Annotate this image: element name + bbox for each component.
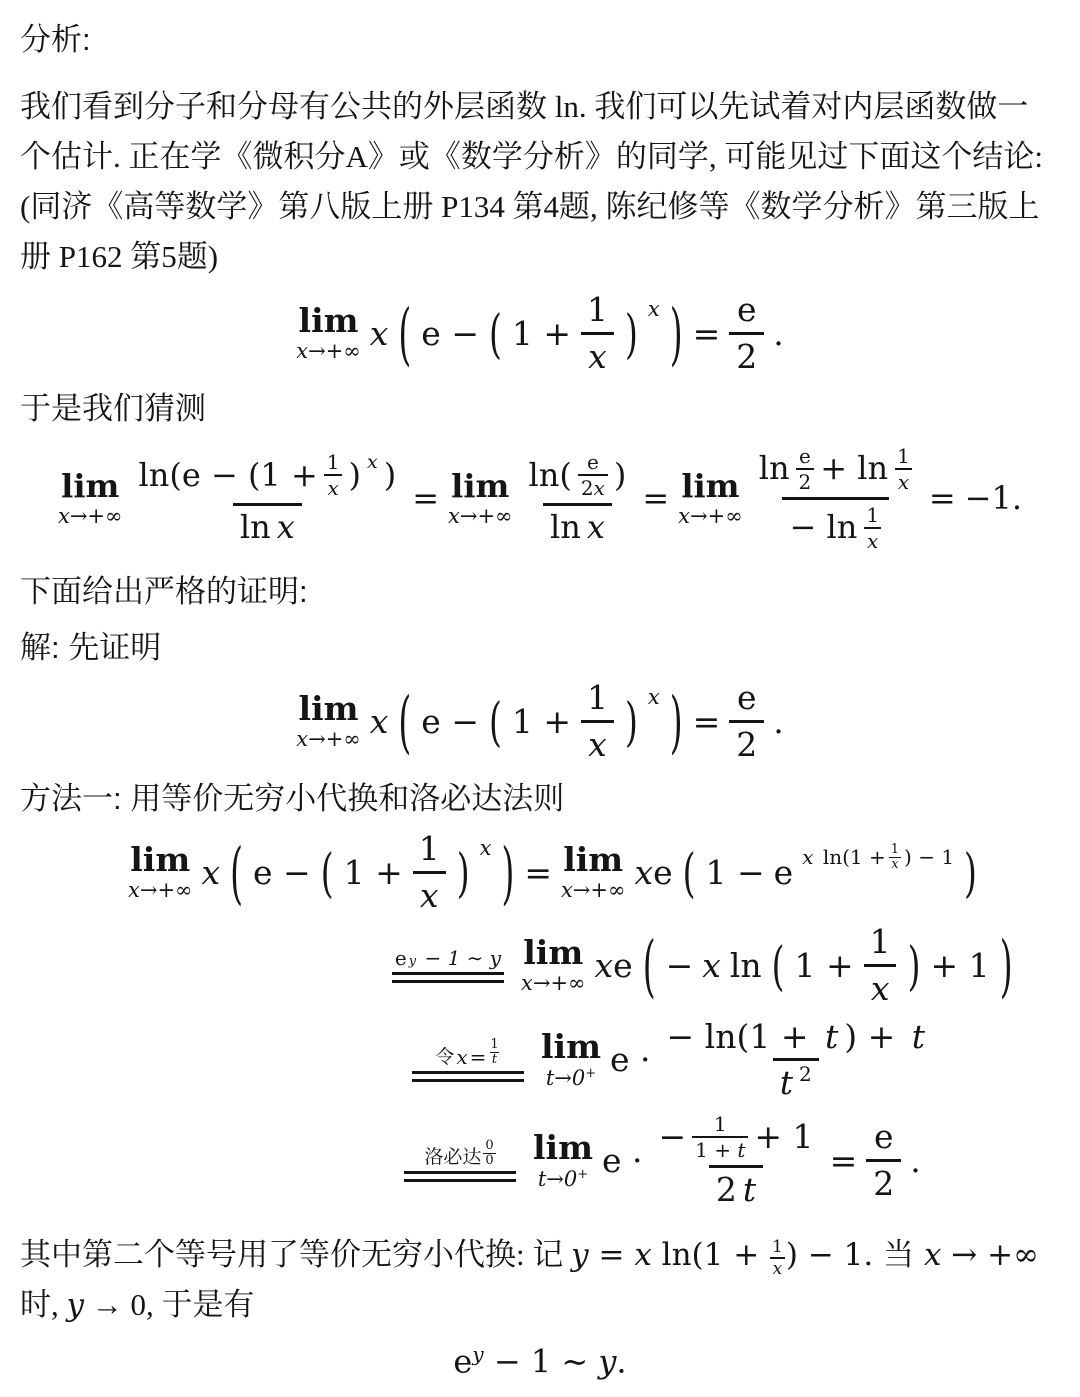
superscript-plus: + xyxy=(585,1066,596,1081)
math-token: . xyxy=(773,314,784,353)
lim-subscript: x→+∞ xyxy=(58,506,123,527)
math-token: − 1 ∼ xyxy=(484,1343,599,1381)
denominator: x xyxy=(324,474,341,500)
fraction: 1 x xyxy=(580,288,615,379)
math-token: = xyxy=(589,1237,635,1273)
fraction: 1 x xyxy=(863,920,898,1011)
paren-open: ( xyxy=(229,832,244,912)
math-token: ) − 1 xyxy=(904,845,954,869)
fraction: 1 x xyxy=(580,676,615,767)
numerator: 1 xyxy=(894,444,913,468)
math-token: ) − 1. 当 xyxy=(786,1237,924,1273)
paren-open: ( xyxy=(488,302,503,364)
fraction: ln(e − (1 + 1 x ) x ) ln x xyxy=(132,447,404,549)
small-fraction: 1 x xyxy=(894,444,913,494)
paragraph-line: 我们看到分子和分母有公共的外层函数 ln. 我们可以先试着对内层函数做一 xyxy=(20,82,1060,132)
small-fraction: e 2 xyxy=(796,444,815,494)
fraction: e 2 xyxy=(866,1115,901,1206)
math-token: e xyxy=(395,948,407,968)
lim-label: lim xyxy=(299,692,359,725)
exponent: 2 xyxy=(799,1063,812,1086)
relation-label: ey − 1 ∼ y xyxy=(395,948,501,968)
math-token: x xyxy=(594,477,605,499)
numerator: 1 xyxy=(863,920,898,964)
exponent: x xyxy=(648,685,660,709)
small-fraction: 1x xyxy=(769,1237,786,1280)
math-token: . xyxy=(616,1343,626,1381)
paren-close: ) xyxy=(500,832,515,912)
denominator: ln x xyxy=(543,503,612,549)
math-token: 2 xyxy=(716,1171,737,1209)
text-run: 其中第二个等号用了等价无穷小代换: 记 xyxy=(20,1237,571,1272)
formula-limit-e-over-2-repeat: lim x→+∞ x ( e − ( 1 + 1 x ) x ) = e 2 . xyxy=(20,676,1060,767)
math-token: 1 + xyxy=(512,702,571,741)
lim-operator: lim x→+∞ xyxy=(561,843,626,901)
paren-open: ( xyxy=(771,934,786,996)
document: 分析: 我们看到分子和分母有公共的外层函数 ln. 我们可以先试着对内层函数做一… xyxy=(0,0,1080,1381)
lim-subscript: x→+∞ xyxy=(296,341,361,362)
math-token: ln xyxy=(240,509,271,546)
paren-close: ) xyxy=(456,841,471,903)
denominator: x xyxy=(889,857,900,872)
xlongequal-relation: 令x=1t xyxy=(412,1038,524,1081)
denominator: x xyxy=(864,964,897,1011)
math-token: 1 − xyxy=(706,853,765,892)
double-equals-bar xyxy=(412,1071,524,1082)
math-token: t→0 xyxy=(538,1167,577,1191)
paragraph-line: 册 P162 第5题) xyxy=(20,232,1060,282)
denominator: 2 xyxy=(796,468,815,494)
denominator: x xyxy=(864,527,881,553)
exponent-expression: x ln(1 + 1 x ) − 1 xyxy=(802,843,954,871)
numerator: 0 xyxy=(483,1139,495,1153)
numerator: ln(e − (1 + 1 x ) x ) xyxy=(132,447,404,503)
equals-sign: = xyxy=(929,479,956,517)
paren-close: ) xyxy=(907,934,922,996)
fraction: e 2 xyxy=(729,676,764,767)
lim-label: lim xyxy=(299,304,359,337)
math-token: x xyxy=(635,853,654,892)
numerator: 1 xyxy=(863,503,882,527)
lim-label: lim xyxy=(130,843,190,876)
math-token: t xyxy=(743,1171,756,1209)
denominator: 2 xyxy=(729,332,764,379)
tiny-fraction: 1t xyxy=(488,1038,500,1066)
superscript-plus: + xyxy=(577,1167,588,1182)
relation-label: 洛必达00 xyxy=(424,1139,495,1167)
method-one-heading: 方法一: 用等价无穷小代换和洛必达法则 xyxy=(20,779,1060,819)
lim-operator: lim t→0+ xyxy=(533,1131,593,1190)
small-fraction: 1 x xyxy=(324,450,343,500)
numerator: ln( e 2x ) xyxy=(522,447,634,503)
fraction: e 2 xyxy=(729,288,764,379)
xlongequal-relation: ey − 1 ∼ y xyxy=(392,948,504,983)
math-token: 1 + xyxy=(512,314,571,353)
paren-close: ) xyxy=(624,302,639,364)
denominator: 2x xyxy=(578,474,608,500)
numerator: e xyxy=(584,450,602,474)
math-token: 1 + xyxy=(695,1139,737,1161)
math-token: x xyxy=(456,1047,467,1067)
derivation-row-1: lim x→+∞ x ( e − ( 1 + 1 x ) x ) = lim x… xyxy=(128,827,1060,918)
paren-open: ( xyxy=(397,681,412,761)
paren-open: ( xyxy=(320,841,335,903)
numerator: e xyxy=(730,676,764,720)
fraction: ln e 2 + ln 1 x − ln 1 x xyxy=(752,441,920,556)
numerator: 1 xyxy=(889,843,901,857)
math-token: xe xyxy=(595,946,633,985)
double-equals-bar xyxy=(404,1171,516,1182)
paren-close: ) xyxy=(349,457,361,494)
math-token: x xyxy=(202,853,221,892)
derivation-row-2: ey − 1 ∼ y lim x→+∞ xe ( −x ln ( 1 + 1 x… xyxy=(392,920,1060,1011)
lim-label: lim xyxy=(533,1131,593,1164)
paren-open: ( xyxy=(488,690,503,752)
xlongequal-relation: 洛必达00 xyxy=(404,1139,516,1182)
math-token: + 1 xyxy=(754,1118,813,1156)
exponent: y xyxy=(472,1342,483,1366)
math-token: ey − 1 ∼ y. xyxy=(453,1342,626,1381)
fraction: 1 x xyxy=(412,827,447,918)
math-token: ln(1 + xyxy=(652,1237,769,1273)
paren-close: ) xyxy=(384,457,396,494)
formula-guess-limits: lim x→+∞ ln(e − (1 + 1 x ) x ) ln x = li… xyxy=(20,441,1060,556)
solve-heading: 解: 先证明 xyxy=(20,628,1060,668)
lim-label: lim xyxy=(523,936,583,969)
math-token: − xyxy=(659,1118,687,1156)
math-token: ln xyxy=(730,946,762,985)
math-token: = xyxy=(470,1047,487,1067)
paren-close: ) xyxy=(963,841,978,903)
numerator: 1 xyxy=(324,450,343,474)
paren-open: ( xyxy=(397,293,412,373)
math-token: − xyxy=(666,946,694,985)
analysis-heading: 分析: xyxy=(20,20,1060,60)
denominator: 2t xyxy=(709,1165,763,1212)
lim-label: lim xyxy=(563,843,623,876)
math-token: y xyxy=(67,1287,85,1323)
denominator: x xyxy=(413,871,446,918)
equals-sign: = xyxy=(830,1141,858,1180)
fraction: − ln(1 + t) + t t2 xyxy=(660,1015,933,1106)
paragraph-line: (同济《高等数学》第八版上册 P134 第4题, 陈纪修等《数学分析》第三版上 xyxy=(20,182,1060,232)
rigorous-proof-heading: 下面给出严格的证明: xyxy=(20,572,1060,612)
math-token: ln( xyxy=(529,457,572,494)
numerator: 1 xyxy=(412,827,447,871)
math-token: e · xyxy=(602,1141,643,1180)
math-token: t xyxy=(912,1018,925,1056)
math-token: x xyxy=(702,946,721,985)
math-token: 2 xyxy=(581,477,594,499)
equals-sign: = xyxy=(693,314,721,353)
denominator: ln x xyxy=(233,503,302,549)
paragraph-line: 时, y → 0, 于是有 xyxy=(20,1280,1060,1330)
math-token: e − xyxy=(421,702,479,741)
fraction: ln( e 2x ) ln x xyxy=(522,447,634,549)
math-token: + ln xyxy=(820,450,888,487)
math-token: ) + xyxy=(844,1018,906,1056)
numerator: − 1 1 + t + 1 xyxy=(652,1109,821,1165)
lim-subscript: x→+∞ xyxy=(296,729,361,750)
math-token: x xyxy=(924,1237,941,1273)
math-token: xe xyxy=(635,853,673,892)
lim-subscript: x→+∞ xyxy=(448,506,513,527)
derivation-block: lim x→+∞ x ( e − ( 1 + 1 x ) x ) = lim x… xyxy=(20,827,1060,1213)
numerator: 1 xyxy=(580,288,615,332)
numerator: ln e 2 + ln 1 x xyxy=(752,441,920,497)
denominator: − ln 1 x xyxy=(782,497,889,556)
intro-paragraph: 我们看到分子和分母有公共的外层函数 ln. 我们可以先试着对内层函数做一 个估计… xyxy=(20,82,1060,282)
formula-limit-e-over-2: lim x→+∞ x ( e − ( 1 + 1 x ) x ) = e 2 . xyxy=(20,288,1060,379)
numerator: 1 xyxy=(711,1112,730,1136)
double-equals-bar xyxy=(392,972,504,983)
paragraph-line: 个估计. 正在学《微积分A》或《数学分析》的同学, 可能见过下面这个结论: xyxy=(20,132,1060,182)
math-token: e · xyxy=(610,1040,651,1079)
paren-close: ) xyxy=(624,690,639,752)
math-token: . xyxy=(773,702,784,741)
numerator: e xyxy=(867,1115,901,1159)
denominator: x xyxy=(770,1257,786,1280)
math-token: ln xyxy=(550,509,581,546)
lim-operator: lim x→+∞ xyxy=(128,843,193,901)
small-fraction: e 2x xyxy=(578,450,608,500)
denominator: t xyxy=(490,1052,499,1067)
lim-operator: lim x→+∞ xyxy=(58,470,123,527)
math-token: x xyxy=(802,845,813,869)
math-token: e xyxy=(774,853,794,892)
math-token: e xyxy=(453,1343,472,1381)
denominator: x xyxy=(581,720,614,767)
math-token: x xyxy=(634,1237,651,1273)
numerator: 1 xyxy=(580,676,615,720)
equals-sign: = xyxy=(524,853,552,892)
denominator: t2 xyxy=(773,1058,819,1105)
math-token: 1 + xyxy=(795,946,854,985)
math-token: −1. xyxy=(965,479,1022,517)
lim-subscript: x→+∞ xyxy=(128,880,193,901)
math-token: ln(1 + xyxy=(816,845,885,869)
lim-operator: lim x→+∞ xyxy=(678,470,743,527)
paren-close: ) xyxy=(999,925,1014,1005)
math-token: x xyxy=(370,314,389,353)
math-token: x xyxy=(595,946,614,985)
math-token: t xyxy=(737,1139,745,1161)
paren-close: ) xyxy=(669,681,684,761)
exponent: x xyxy=(648,297,660,321)
lim-subscript: x→+∞ xyxy=(521,973,586,994)
math-token: e xyxy=(613,946,633,985)
lim-label: lim xyxy=(61,470,119,502)
math-token: y xyxy=(571,1237,589,1273)
fraction: − 1 1 + t + 1 2t xyxy=(652,1109,821,1212)
lim-label: lim xyxy=(451,470,509,502)
math-token: − 1 ∼ y xyxy=(418,948,501,968)
denominator: 2 xyxy=(729,720,764,767)
small-fraction: 1 1 + t xyxy=(692,1112,748,1162)
exponent: x xyxy=(367,452,378,474)
numerator: 1 xyxy=(488,1038,500,1052)
relation-label: 令x=1t xyxy=(435,1038,500,1066)
tiny-fraction: 00 xyxy=(483,1139,495,1167)
math-token: . xyxy=(910,1141,921,1180)
lim-subscript: t→0+ xyxy=(538,1168,588,1190)
math-token: − ln(1 + xyxy=(667,1018,819,1056)
text-run: 时, xyxy=(20,1287,67,1322)
closing-paragraph: 其中第二个等号用了等价无穷小代换: 记 y = x ln(1 + 1x) − 1… xyxy=(20,1230,1060,1330)
math-token: − ln xyxy=(789,509,857,546)
numerator: e xyxy=(796,444,814,468)
text-run: → 0, 于是有 xyxy=(84,1287,255,1322)
derivation-row-3: 令x=1t lim t→0+ e · − ln(1 + t) + t t2 xyxy=(412,1015,1060,1106)
math-token: x xyxy=(277,509,295,546)
lim-operator: lim x→+∞ xyxy=(296,304,361,362)
numerator: e xyxy=(730,288,764,332)
math-token: 令 xyxy=(435,1048,454,1067)
math-token: y xyxy=(598,1343,616,1381)
lim-label: lim xyxy=(541,1030,601,1063)
paren-close: ) xyxy=(614,457,626,494)
denominator: 1 + t xyxy=(692,1136,748,1162)
math-token: e xyxy=(653,853,673,892)
lim-subscript: t→0+ xyxy=(546,1067,596,1089)
paren-close: ) xyxy=(669,293,684,373)
math-token: ln xyxy=(759,450,790,487)
equals-sign: = xyxy=(642,479,669,517)
lim-label: lim xyxy=(681,470,739,502)
denominator: x xyxy=(895,468,912,494)
math-token: x xyxy=(370,702,389,741)
math-token: e − xyxy=(421,314,479,353)
math-token: t xyxy=(825,1018,838,1056)
lim-subscript: x→+∞ xyxy=(678,506,743,527)
denominator: 0 xyxy=(483,1153,495,1168)
math-token: t→0 xyxy=(546,1066,585,1090)
guess-heading: 于是我们猜测 xyxy=(20,389,1060,429)
numerator: − ln(1 + t) + t xyxy=(660,1015,933,1059)
exponent: y xyxy=(409,955,416,968)
math-token: ln(e − (1 + xyxy=(139,457,318,494)
paren-open: ( xyxy=(682,841,697,903)
math-token: 洛必达 xyxy=(424,1148,481,1167)
lim-operator: lim t→0+ xyxy=(541,1030,601,1089)
math-token: + 1 xyxy=(931,946,990,985)
math-token: 1 + xyxy=(344,853,403,892)
lim-operator: lim x→+∞ xyxy=(296,692,361,750)
formula-equivalent-infinitesimal: ey − 1 ∼ y. xyxy=(20,1342,1060,1381)
exponent: x xyxy=(480,836,492,860)
numerator: 1 xyxy=(769,1237,786,1258)
equals-sign: = xyxy=(412,479,439,517)
math-token: → +∞ xyxy=(941,1237,1038,1273)
lim-operator: lim x→+∞ xyxy=(521,936,586,994)
math-token: e − xyxy=(253,853,311,892)
denominator: 2 xyxy=(866,1159,901,1206)
paragraph-line: 其中第二个等号用了等价无穷小代换: 记 y = x ln(1 + 1x) − 1… xyxy=(20,1230,1060,1280)
derivation-row-4: 洛必达00 lim t→0+ e · − 1 1 + t + 1 2t xyxy=(404,1109,1060,1212)
math-token: t xyxy=(780,1064,793,1102)
small-fraction: 1 x xyxy=(863,503,882,553)
lim-subscript: x→+∞ xyxy=(561,880,626,901)
equals-sign: = xyxy=(693,702,721,741)
paren-open: ( xyxy=(642,925,657,1005)
math-token: x xyxy=(587,509,605,546)
lim-operator: lim x→+∞ xyxy=(448,470,513,527)
tiny-fraction: 1 x xyxy=(889,843,901,871)
denominator: x xyxy=(581,332,614,379)
